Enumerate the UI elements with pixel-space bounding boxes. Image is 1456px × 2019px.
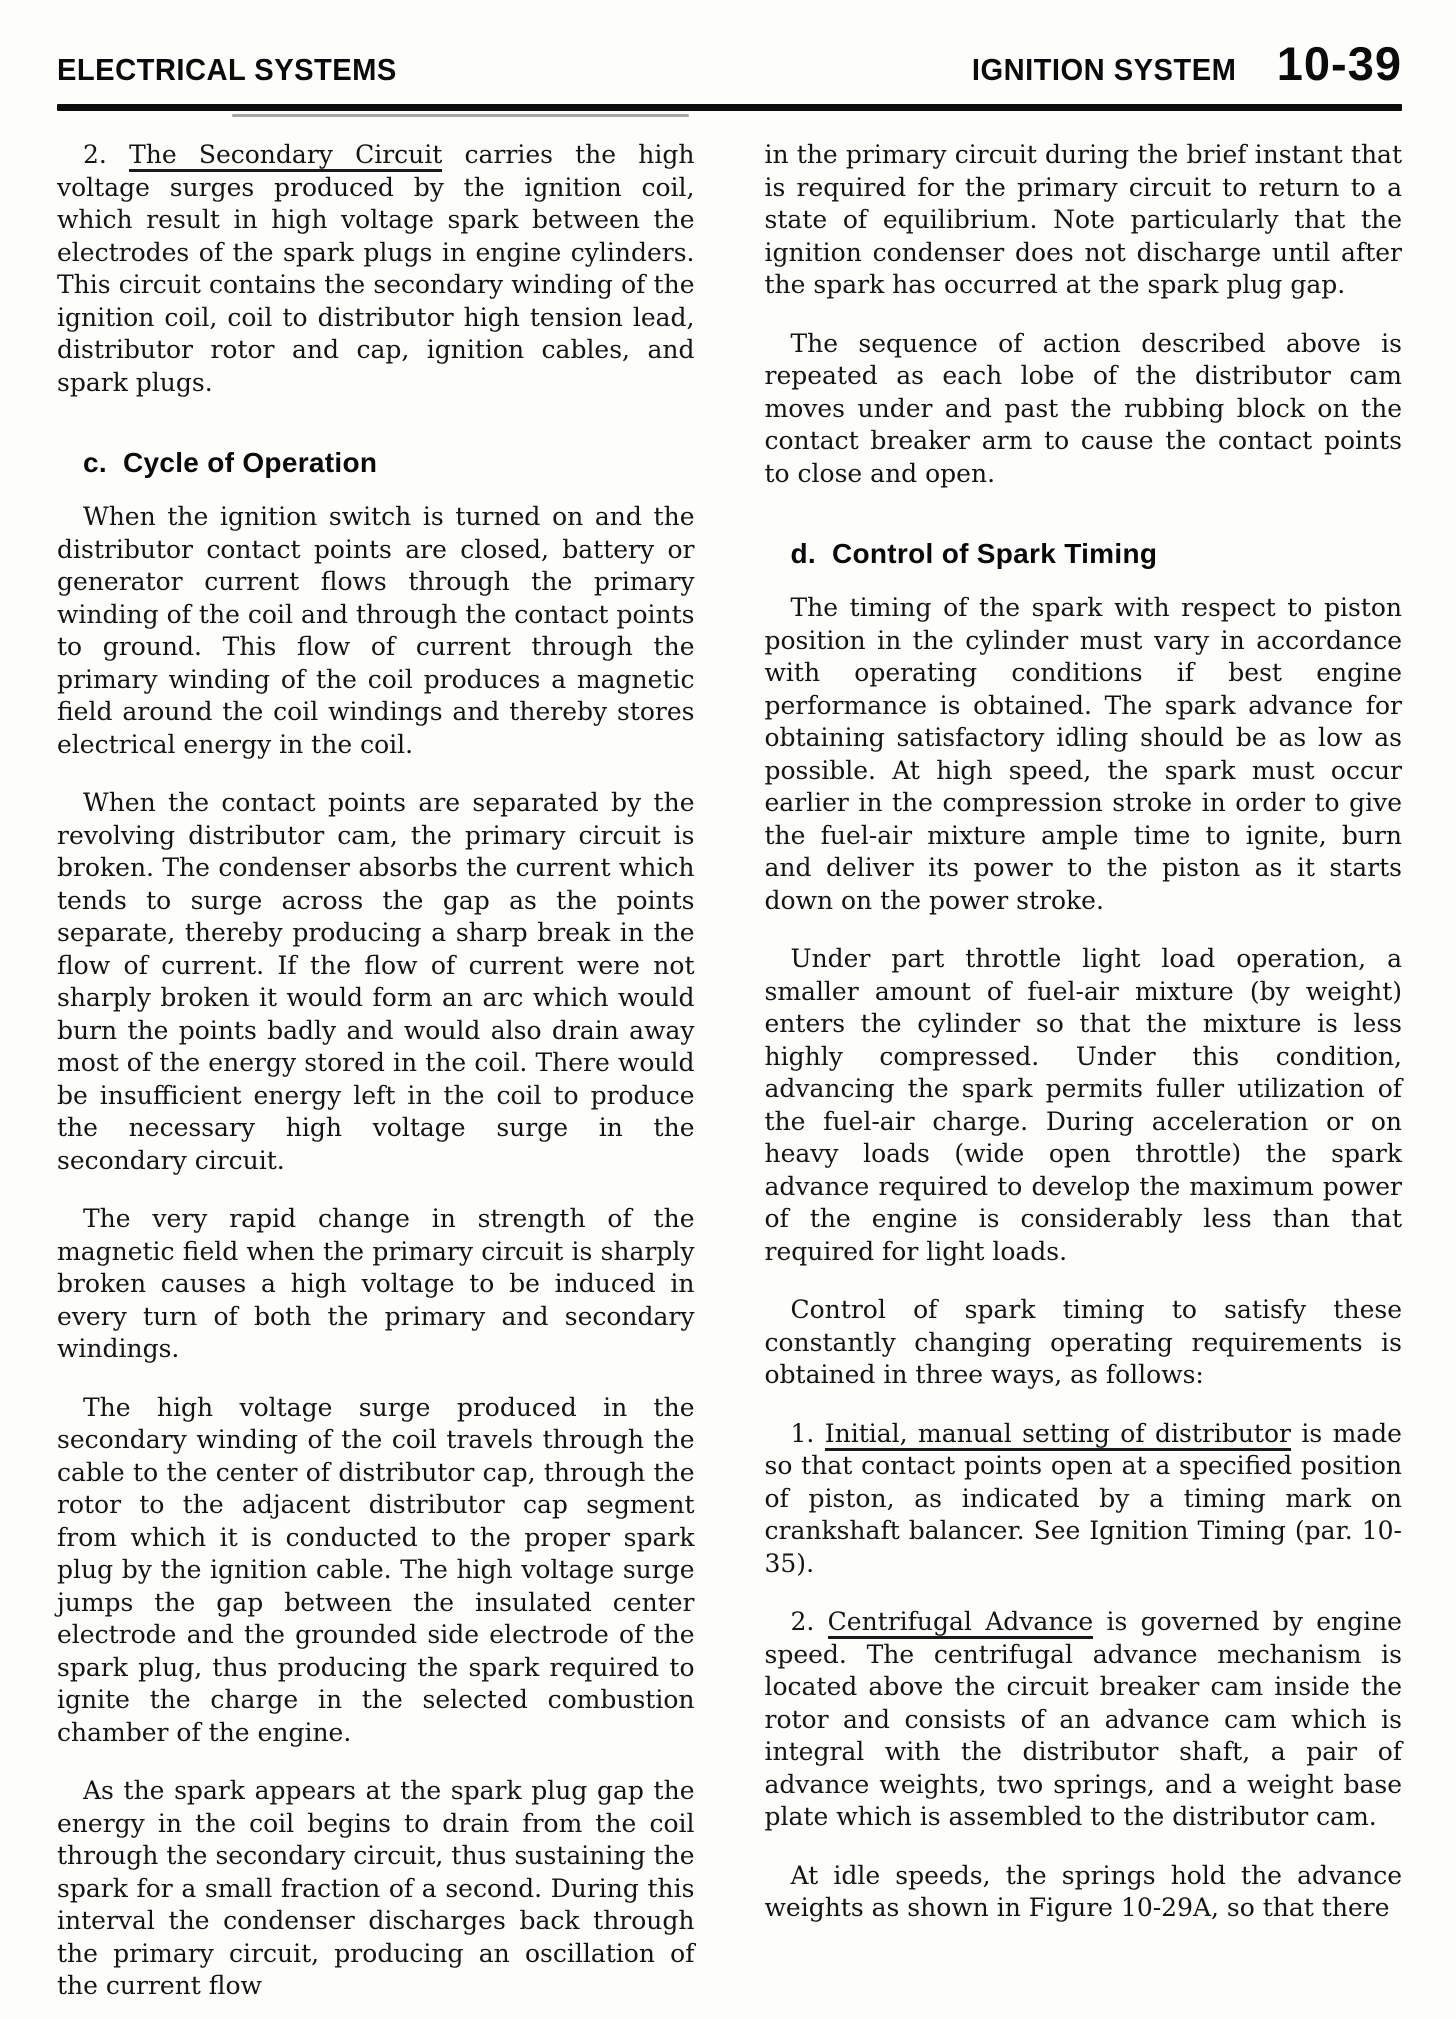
running-head: ELECTRICAL SYSTEMS IGNITION SYSTEM 10-39 (57, 36, 1402, 91)
chapter-title: ELECTRICAL SYSTEMS (57, 52, 397, 88)
paragraph-rapid-change: The very rapid change in strength of the… (57, 1203, 695, 1366)
paragraph-idle-speeds: At idle speeds, the springs hold the adv… (765, 1860, 1403, 1925)
list-item-initial-setting: 1. Initial, manual setting of distributo… (765, 1418, 1403, 1581)
paragraph-spark-appears: As the spark appears at the spark plug g… (57, 1775, 695, 2003)
item-number: 2. (83, 140, 129, 169)
running-head-right: IGNITION SYSTEM 10-39 (955, 36, 1402, 91)
heading-text: Control of Spark Timing (832, 538, 1157, 569)
paragraph-high-voltage-surge: The high voltage surge produced in the s… (57, 1392, 695, 1750)
item-number: 1. (791, 1419, 825, 1448)
underlined-phrase-centrifugal-advance: Centrifugal Advance (828, 1607, 1094, 1639)
underlined-phrase-initial-setting: Initial, manual setting of distributor (825, 1419, 1291, 1451)
heading-control-of-spark-timing: d.Control of Spark Timing (791, 538, 1403, 570)
paragraph-contact-points: When the contact points are separated by… (57, 787, 695, 1177)
section-title: IGNITION SYSTEM (972, 52, 1236, 88)
left-column: 2. The Secondary Circuit carries the hig… (57, 139, 695, 2003)
manual-page: ELECTRICAL SYSTEMS IGNITION SYSTEM 10-39… (0, 0, 1456, 2019)
header-rule-echo (232, 114, 689, 117)
paragraph-spark-timing: The timing of the spark with respect to … (765, 592, 1403, 917)
header-rule (57, 104, 1402, 111)
paragraph-text: is governed by engine speed. The centrif… (765, 1607, 1403, 1831)
list-item-centrifugal-advance: 2. Centrifugal Advance is governed by en… (765, 1606, 1403, 1834)
heading-text: Cycle of Operation (123, 447, 377, 478)
underlined-phrase-secondary-circuit: The Secondary Circuit (129, 140, 442, 172)
paragraph-text: carries the high voltage surges produced… (57, 140, 695, 397)
paragraph-primary-circuit-continuation: in the primary circuit during the brief … (765, 139, 1403, 302)
page-number: 10-39 (1277, 36, 1402, 91)
heading-prefix: d. (791, 538, 816, 569)
item-number: 2. (791, 1607, 828, 1636)
paragraph-sequence-of-action: The sequence of action described above i… (765, 328, 1403, 491)
paragraph-secondary-circuit: 2. The Secondary Circuit carries the hig… (57, 139, 695, 399)
heading-prefix: c. (83, 447, 107, 478)
page-body: 2. The Secondary Circuit carries the hig… (57, 139, 1402, 2003)
heading-cycle-of-operation: c.Cycle of Operation (83, 447, 695, 479)
paragraph-control-three-ways: Control of spark timing to satisfy these… (765, 1294, 1403, 1392)
paragraph-ignition-switch: When the ignition switch is turned on an… (57, 501, 695, 761)
right-column: in the primary circuit during the brief … (765, 139, 1403, 2003)
paragraph-part-throttle: Under part throttle light load operation… (765, 943, 1403, 1268)
